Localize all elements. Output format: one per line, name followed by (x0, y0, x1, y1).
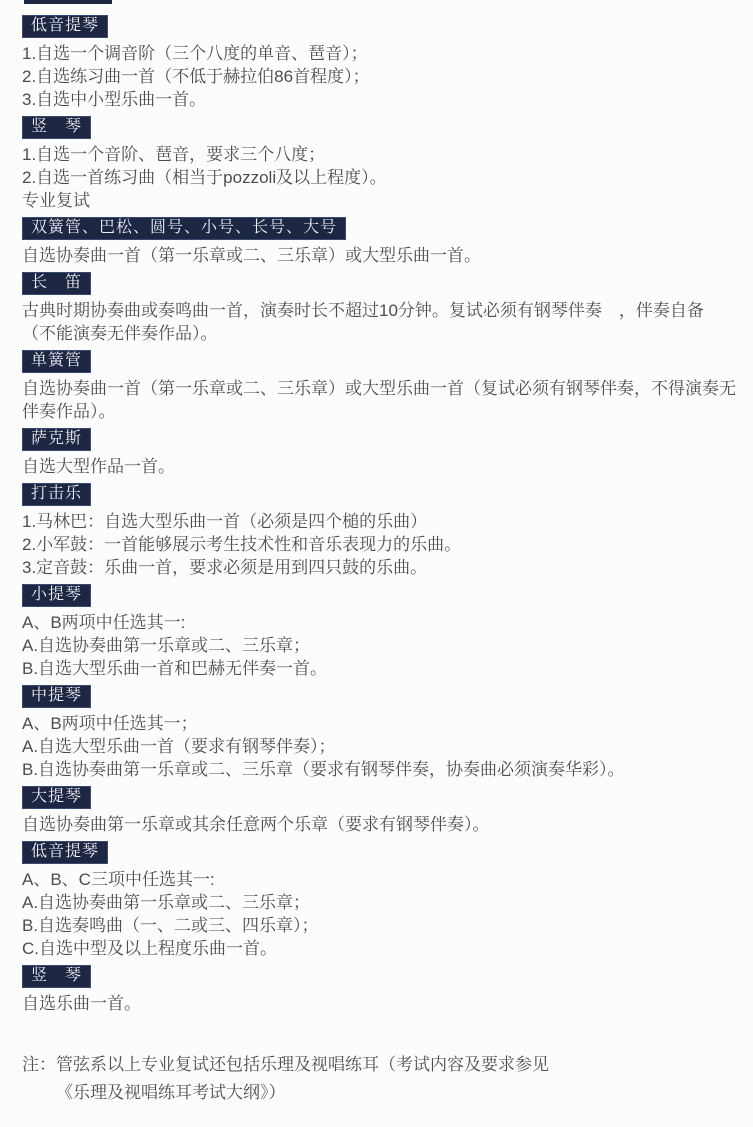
instrument-section: 单簧管 自选协奏曲一首（第一乐章或二、三乐章）或大型乐曲一首（复试必须有钢琴伴奏… (22, 345, 737, 423)
sections-container: 低音提琴 1.自选一个调音阶（三个八度的单音、琶音）；2.自选练习曲一首（不低于… (22, 10, 737, 1015)
requirement-line: C.自选中型及以上程度乐曲一首。 (22, 937, 737, 960)
instrument-badge: 中提琴 (22, 685, 91, 708)
requirement-line: 1.自选一个音阶、琶音，要求三个八度； (22, 143, 737, 166)
instrument-badge: 长 笛 (22, 272, 91, 295)
instrument-section: 低音提琴 1.自选一个调音阶（三个八度的单音、琶音）；2.自选练习曲一首（不低于… (22, 10, 737, 111)
requirement-line: 2.小军鼓：一首能够展示考生技术性和音乐表现力的乐曲。 (22, 533, 737, 556)
note-line-1: 注：管弦系以上专业复试还包括乐理及视唱练耳（考试内容及要求参见 (22, 1051, 737, 1079)
instrument-badge: 双簧管、巴松、圆号、小号、长号、大号 (22, 217, 346, 240)
requirement-line: A.自选协奏曲第一乐章或二、三乐章； (22, 891, 737, 914)
note-block: 注：管弦系以上专业复试还包括乐理及视唱练耳（考试内容及要求参见 《乐理及视唱练耳… (22, 1051, 737, 1107)
requirement-line: 1.马林巴：自选大型乐曲一首（必须是四个槌的乐曲） (22, 510, 737, 533)
requirement-line: 1.自选一个调音阶（三个八度的单音、琶音）； (22, 42, 737, 65)
instrument-badge: 打击乐 (22, 483, 91, 506)
instrument-badge: 单簧管 (22, 350, 91, 373)
instrument-section: 竖 琴 自选乐曲一首。 (22, 960, 737, 1015)
instrument-section: 竖 琴 1.自选一个音阶、琶音，要求三个八度；2.自选一首练习曲（相当于pozz… (22, 111, 737, 189)
instrument-badge: 竖 琴 (22, 965, 91, 988)
requirement-line: A.自选协奏曲第一乐章或二、三乐章； (22, 634, 737, 657)
instrument-section: 双簧管、巴松、圆号、小号、长号、大号 自选协奏曲一首（第一乐章或二、三乐章）或大… (22, 212, 737, 267)
requirement-line: B.自选奏鸣曲（一、二或三、四乐章）； (22, 914, 737, 937)
requirement-line: 自选协奏曲一首（第一乐章或二、三乐章）或大型乐曲一首。 (22, 244, 737, 267)
requirement-line: A、B两项中任选其一； (22, 712, 737, 735)
instrument-section: 中提琴 A、B两项中任选其一；A.自选大型乐曲一首（要求有钢琴伴奏）；B.自选协… (22, 680, 737, 781)
cropped-badge-top (24, 0, 112, 4)
requirement-line: 专业复试 (22, 189, 737, 212)
instrument-section: 萨克斯 自选大型作品一首。 (22, 423, 737, 478)
requirement-line: 自选大型作品一首。 (22, 455, 737, 478)
requirement-line: A、B两项中任选其一: (22, 611, 737, 634)
requirement-line: A、B、C三项中任选其一: (22, 868, 737, 891)
requirement-line: 2.自选一首练习曲（相当于pozzoli及以上程度）。 (22, 166, 737, 189)
requirement-line: 自选协奏曲第一乐章或其余任意两个乐章（要求有钢琴伴奏）。 (22, 813, 737, 836)
instrument-section: 专业复试 (22, 189, 737, 212)
document-page: 低音提琴 1.自选一个调音阶（三个八度的单音、琶音）；2.自选练习曲一首（不低于… (0, 0, 753, 1127)
requirement-line: 古典时期协奏曲或奏鸣曲一首，演奏时长不超过10分钟。复试必须有钢琴伴奏 ，伴奏自… (22, 299, 737, 345)
requirement-line: 3.自选中小型乐曲一首。 (22, 88, 737, 111)
instrument-section: 低音提琴 A、B、C三项中任选其一:A.自选协奏曲第一乐章或二、三乐章；B.自选… (22, 836, 737, 960)
instrument-badge: 小提琴 (22, 584, 91, 607)
requirement-line: 3.定音鼓：乐曲一首，要求必须是用到四只鼓的乐曲。 (22, 556, 737, 579)
instrument-badge: 低音提琴 (22, 15, 108, 38)
instrument-section: 打击乐 1.马林巴：自选大型乐曲一首（必须是四个槌的乐曲）2.小军鼓：一首能够展… (22, 478, 737, 579)
requirement-line: 自选协奏曲一首（第一乐章或二、三乐章）或大型乐曲一首（复试必须有钢琴伴奏，不得演… (22, 377, 737, 423)
requirement-line: 自选乐曲一首。 (22, 992, 737, 1015)
instrument-section: 长 笛 古典时期协奏曲或奏鸣曲一首，演奏时长不超过10分钟。复试必须有钢琴伴奏 … (22, 267, 737, 345)
instrument-section: 小提琴 A、B两项中任选其一:A.自选协奏曲第一乐章或二、三乐章；B.自选大型乐… (22, 579, 737, 680)
instrument-section: 大提琴 自选协奏曲第一乐章或其余任意两个乐章（要求有钢琴伴奏）。 (22, 781, 737, 836)
instrument-badge: 大提琴 (22, 786, 91, 809)
instrument-badge: 竖 琴 (22, 116, 91, 139)
requirement-line: B.自选大型乐曲一首和巴赫无伴奏一首。 (22, 657, 737, 680)
instrument-badge: 萨克斯 (22, 428, 91, 451)
requirement-line: B.自选协奏曲第一乐章或二、三乐章（要求有钢琴伴奏，协奏曲必须演奏华彩）。 (22, 758, 737, 781)
requirement-line: 2.自选练习曲一首（不低于赫拉伯86首程度）； (22, 65, 737, 88)
instrument-badge: 低音提琴 (22, 841, 108, 864)
note-line-2: 《乐理及视唱练耳考试大纲》） (22, 1079, 737, 1107)
requirement-line: A.自选大型乐曲一首（要求有钢琴伴奏）； (22, 735, 737, 758)
